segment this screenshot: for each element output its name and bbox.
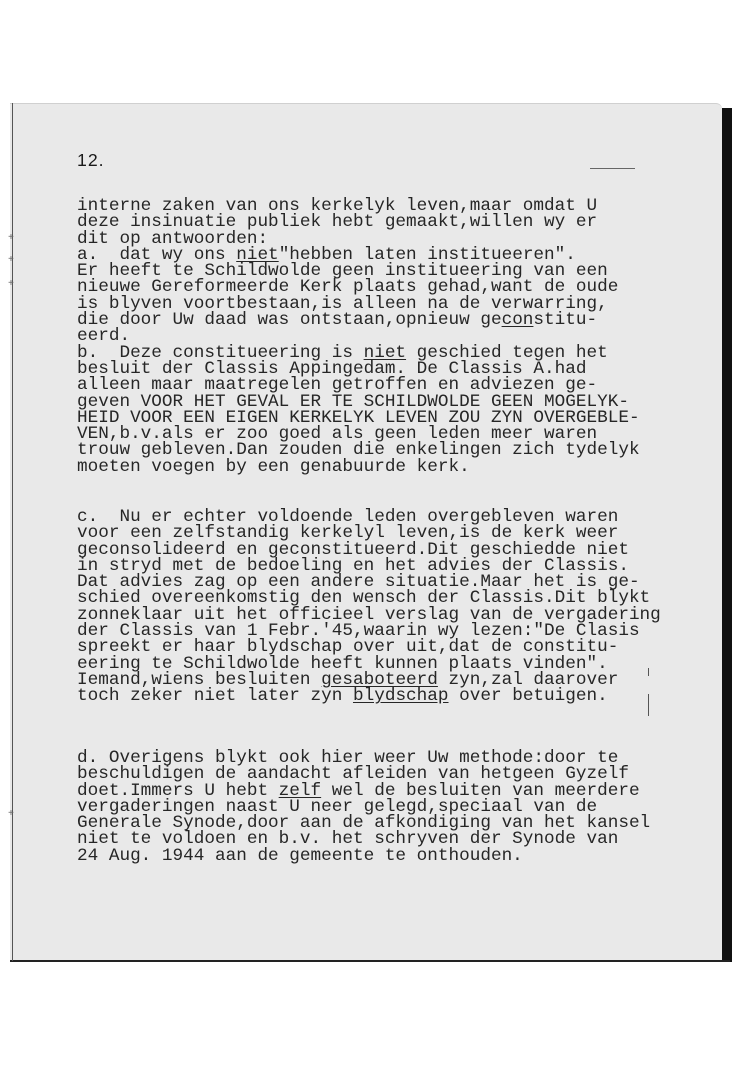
text-segment: 24 Aug. 1944 aan de gemeente te onthoude…	[77, 846, 523, 866]
page-number: 12.	[77, 150, 105, 171]
text-segment: die door Uw daad was ontstaan,opnieuw ge	[77, 310, 502, 330]
text-line: toch zeker niet later zyn blydschap over…	[77, 688, 661, 704]
paragraph-c: c. Nu er echter voldoende leden overgebl…	[77, 509, 661, 705]
binding-mark: +	[8, 234, 14, 244]
text-line: die door Uw daad was ontstaan,opnieuw ge…	[77, 312, 640, 328]
header-rule	[590, 168, 635, 169]
binding-line	[12, 103, 13, 961]
text-segment: over betuigen.	[449, 686, 608, 706]
text-line: 24 Aug. 1944 aan de gemeente te onthoude…	[77, 848, 650, 864]
underlined-text: blydschap	[353, 686, 449, 706]
text-segment: stitu-	[533, 310, 597, 330]
underlined-text: con	[502, 310, 534, 330]
margin-mark	[648, 694, 649, 716]
binding-mark: +	[8, 280, 14, 290]
paragraph-d: d. Overigens blykt ook hier weer Uw meth…	[77, 750, 650, 864]
binding-mark: +	[8, 256, 14, 266]
margin-mark	[648, 668, 649, 676]
text-segment: moeten voegen by een genabuurde kerk.	[77, 457, 470, 477]
page-edge-shadow	[722, 108, 732, 962]
binding-mark: +	[8, 810, 14, 820]
paragraph-intro: interne zaken van ons kerkelyk leven,maa…	[77, 198, 640, 475]
page-bottom-edge	[10, 960, 730, 962]
text-segment: toch zeker niet later zyn	[77, 686, 353, 706]
text-line: moeten voegen by een genabuurde kerk.	[77, 459, 640, 475]
